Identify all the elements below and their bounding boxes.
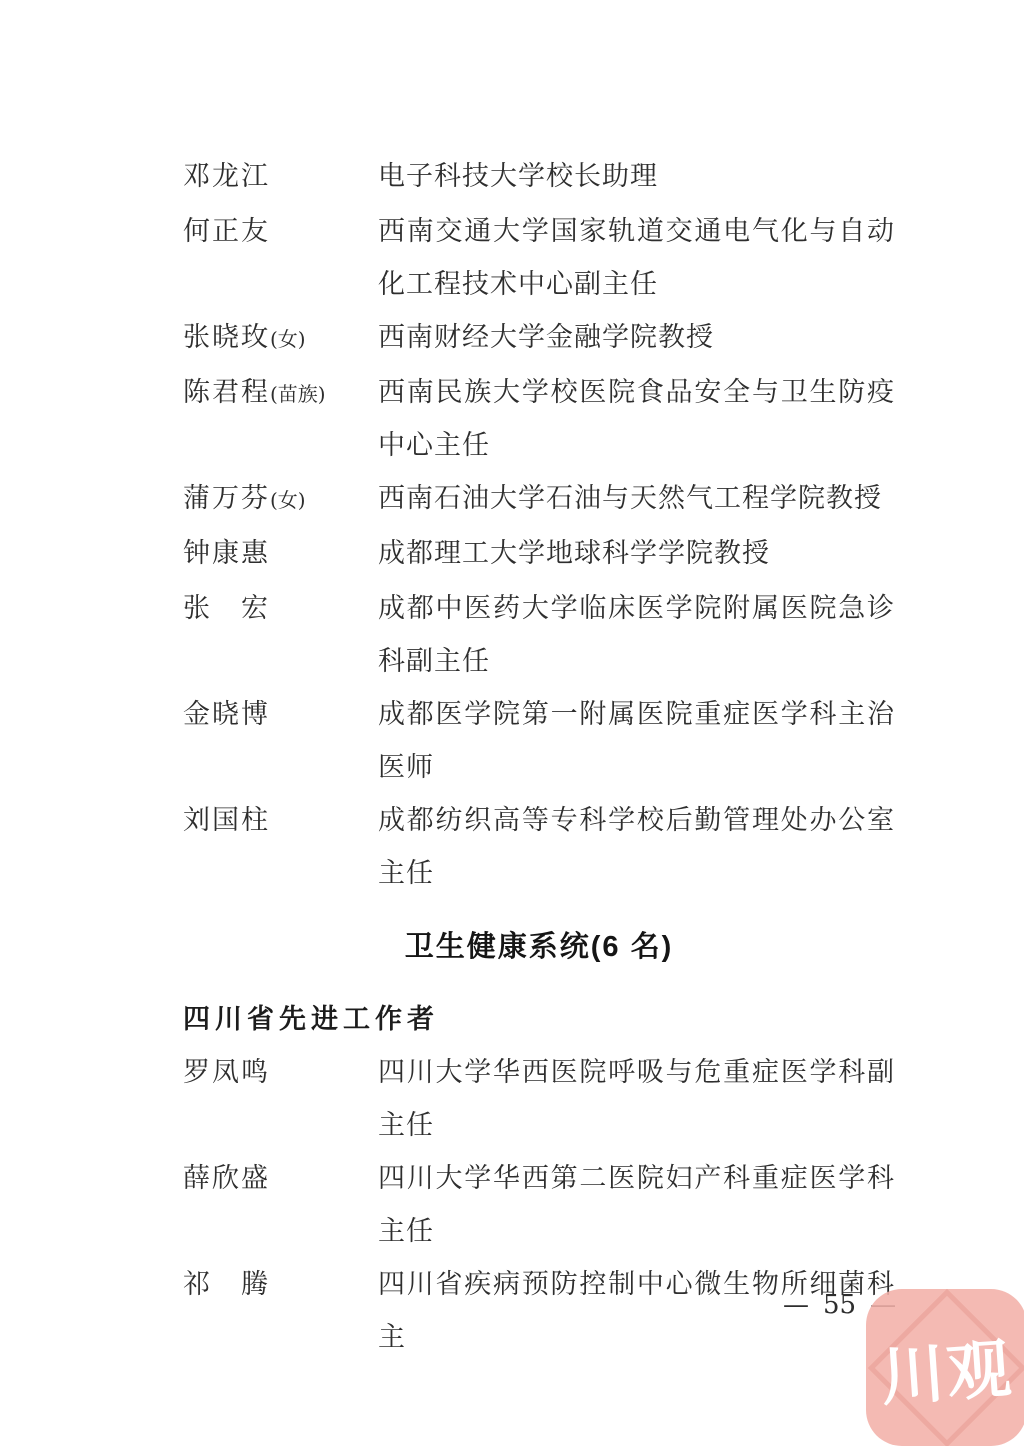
- person-title: 西南交通大学国家轨道交通电气化与自动化工程技术中心副主任: [378, 205, 895, 311]
- person-name-suffix: (女): [270, 488, 306, 512]
- person-name: 薛欣盛: [183, 1152, 378, 1207]
- person-row: 蒲万芬(女) 西南石油大学石油与天然气工程学院教授: [183, 472, 895, 527]
- person-row: 陈君程(苗族) 西南民族大学校医院食品安全与卫生防疫中心主任: [183, 366, 895, 472]
- person-name: 蒲万芬(女): [183, 472, 378, 527]
- person-name-text: 祁 腾: [183, 1269, 270, 1300]
- person-title: 成都理工大学地球科学学院教授: [378, 527, 895, 580]
- watermark-text: 川观: [866, 1289, 1024, 1446]
- person-name: 罗凤鸣: [183, 1046, 378, 1101]
- person-name-text: 何正友: [183, 216, 270, 247]
- person-name-suffix: (女): [270, 327, 306, 351]
- person-name: 刘国柱: [183, 794, 378, 849]
- person-row: 何正友 西南交通大学国家轨道交通电气化与自动化工程技术中心副主任: [183, 205, 895, 311]
- person-title: 电子科技大学校长助理: [378, 150, 895, 203]
- section-title: 卫生健康系统(6 名): [183, 921, 895, 974]
- person-row: 张晓玫(女) 西南财经大学金融学院教授: [183, 311, 895, 366]
- person-name: 金晓博: [183, 688, 378, 743]
- subsection-title: 四川省先进工作者: [183, 993, 895, 1046]
- person-title: 四川大学华西第二医院妇产科重症医学科主任: [378, 1152, 895, 1258]
- page-number: 55: [823, 1291, 856, 1319]
- person-title: 西南财经大学金融学院教授: [378, 311, 895, 364]
- person-name: 邓龙江: [183, 150, 378, 205]
- person-row: 罗凤鸣 四川大学华西医院呼吸与危重症医学科副主任: [183, 1046, 895, 1152]
- person-title: 成都纺织高等专科学校后勤管理处办公室主任: [378, 794, 895, 900]
- person-name-text: 张 宏: [183, 593, 270, 624]
- text-block: 邓龙江 电子科技大学校长助理 何正友 西南交通大学国家轨道交通电气化与自动化工程…: [0, 0, 1024, 1364]
- chuanguan-news-watermark-logo: 川观: [866, 1289, 1024, 1446]
- person-name: 祁 腾: [183, 1258, 378, 1313]
- person-name-text: 陈君程: [183, 377, 270, 408]
- document-page: 邓龙江 电子科技大学校长助理 何正友 西南交通大学国家轨道交通电气化与自动化工程…: [0, 0, 1024, 1449]
- person-row: 薛欣盛 四川大学华西第二医院妇产科重症医学科主任: [183, 1152, 895, 1258]
- person-title: 西南石油大学石油与天然气工程学院教授: [378, 472, 895, 525]
- person-name-text: 邓龙江: [183, 161, 270, 192]
- person-name: 钟康惠: [183, 527, 378, 582]
- person-row: 金晓博 成都医学院第一附属医院重症医学科主治医师: [183, 688, 895, 794]
- person-title: 成都医学院第一附属医院重症医学科主治医师: [378, 688, 895, 794]
- person-name-text: 金晓博: [183, 699, 270, 730]
- person-name: 陈君程(苗族): [183, 366, 378, 421]
- person-row: 邓龙江 电子科技大学校长助理: [183, 150, 895, 205]
- person-name: 张 宏: [183, 582, 378, 637]
- person-row: 钟康惠 成都理工大学地球科学学院教授: [183, 527, 895, 582]
- person-name: 何正友: [183, 205, 378, 260]
- person-name-suffix: (苗族): [270, 382, 326, 406]
- person-title: 成都中医药大学临床医学院附属医院急诊科副主任: [378, 582, 895, 688]
- person-name-text: 罗凤鸣: [183, 1057, 270, 1088]
- person-title: 西南民族大学校医院食品安全与卫生防疫中心主任: [378, 366, 895, 472]
- person-row: 刘国柱 成都纺织高等专科学校后勤管理处办公室主任: [183, 794, 895, 900]
- person-name: 张晓玫(女): [183, 311, 378, 366]
- person-row: 张 宏 成都中医药大学临床医学院附属医院急诊科副主任: [183, 582, 895, 688]
- person-name-text: 张晓玫: [183, 322, 270, 353]
- person-name-text: 蒲万芬: [183, 483, 270, 514]
- person-name-text: 薛欣盛: [183, 1163, 270, 1194]
- footer-dash-left: —: [783, 1291, 809, 1319]
- person-title: 四川大学华西医院呼吸与危重症医学科副主任: [378, 1046, 895, 1152]
- person-name-text: 钟康惠: [183, 538, 270, 569]
- person-name-text: 刘国柱: [183, 805, 270, 836]
